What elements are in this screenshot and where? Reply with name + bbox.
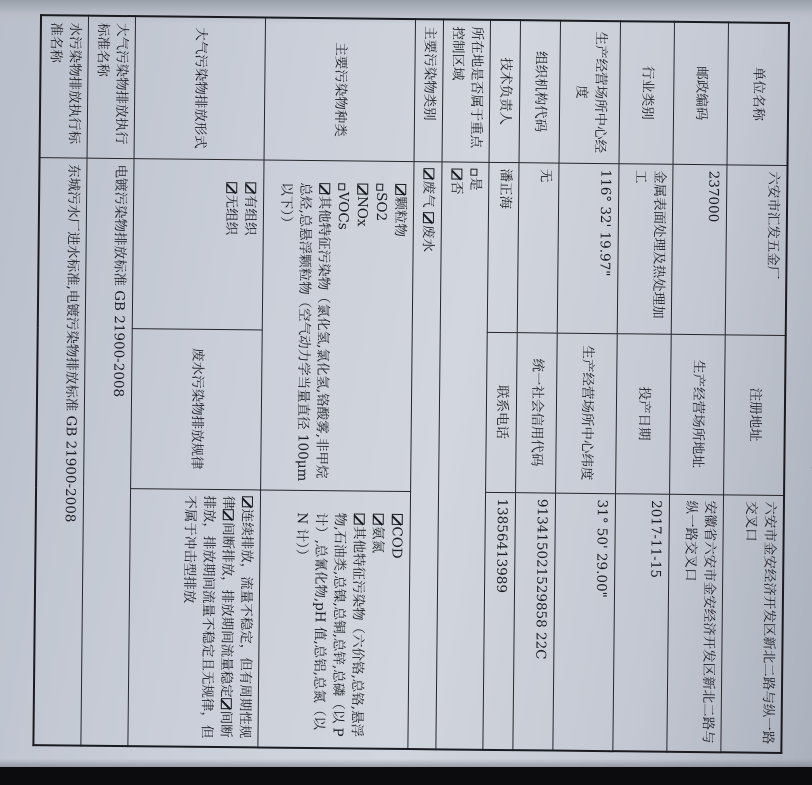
info-row: 邮政编码237000生产经营场所地址安徽省六安市金安经济开发区新北二路与纵一路交… [667,22,729,753]
field-label: 技术负责人 [490,20,521,162]
checked-box-icon [373,513,384,524]
option-water-other[interactable]: 其他特征污染物（六价铬,总铬,悬浮物,石油类,总镍,总铜,总锌,总磷（以 P 计… [290,496,369,741]
field-label: 组织机构代码 [520,20,561,162]
air-emission-form-label: 大气污染物排放形式 [135,16,266,159]
checkbox-icon [339,183,346,190]
pollutant-types-label: 主要污染物种类 [265,18,416,162]
option-waste-water[interactable]: 废水 [420,212,436,252]
checked-box-icon [242,496,253,507]
option-unorganized[interactable]: 无组织 [220,166,241,323]
field-value: 金属表面处理及热处理加工 [618,163,674,334]
water-standard-value: 东城污水厂进水标准,电镀污染物排放标准 GB 21900-2008 [34,157,88,745]
water-standard-label: 水污染物排放执行标准名称 [40,15,89,157]
checked-box-icon [227,182,238,193]
document-page: 表 1 排污单位基本信息表 单位名称六安市汇发五金厂注册地址六安市金安经济开发区… [12,14,790,752]
checked-box-icon [221,698,232,709]
option-air-other[interactable]: 其他特征污染物（氯化氢,氯化氢,铬酸雾,非甲烷总烃,总悬浮颗粒物（空气动力学当量… [274,166,334,484]
field-label: 统一社会信用代码 [516,332,558,492]
option-waste-gas[interactable]: 废气 [421,168,437,208]
desk-background [0,767,812,785]
checkbox-icon [377,183,384,190]
field-value: 913415021529858 22C [513,492,556,750]
info-row: 生产经营场所中心经度116° 32' 19.97"生产经营场所中心纬度31° 5… [553,21,621,752]
checked-box-icon [320,183,331,194]
water-emission-pattern-label: 废水污染物排放规律 [131,328,263,489]
field-label: 联系电话 [486,332,518,492]
option-vocs[interactable]: VOCs [331,167,353,484]
field-value: 安徽省六安市金安经济开发区新北二路与纵一路交叉口 [667,494,724,753]
field-value: 31° 50' 29.00" [553,493,616,752]
info-row: 组织机构代码无统一社会信用代码913415021529858 22C [513,20,561,750]
info-row: 行业类别金属表面处理及热处理加工投产日期2017-11-15 [613,21,675,752]
field-label: 邮政编码 [674,22,729,165]
water-emission-pattern-options: 连续排放，流量不稳定，但有周期性规律间断排放，排放期间流量稳定间断排放，排放期间… [128,488,261,747]
checked-box-icon [452,168,463,179]
field-value: 237000 [672,164,728,335]
field-label: 行业类别 [620,21,675,164]
option-organized[interactable]: 有组织 [239,166,260,323]
field-label: 投产日期 [616,333,672,494]
checked-box-icon [424,168,435,179]
pollutant-category-label: 主要污染物类别 [415,19,444,161]
water-pollutant-options: COD 氨氮 其他特征污染物（六价铬,总铬,悬浮物,石油类,总镍,总铜,总锌,总… [258,489,411,749]
option-intermittent-stable[interactable]: 间断排放，排放期间流量稳定 [218,509,236,698]
checked-box-icon [358,183,369,194]
basic-info-table: 单位名称六安市汇发五金厂注册地址六安市金安经济开发区新北二路与纵一路交叉口邮政编… [33,14,790,754]
checked-box-icon [423,212,434,223]
checked-box-icon [223,509,234,520]
option-particulate[interactable]: 颗粒物 [388,167,410,484]
checked-box-icon [246,182,257,193]
field-label: 生产经营场所中心纬度 [556,333,618,494]
info-row: 单位名称六安市汇发五金厂注册地址六安市金安经济开发区新北二路与纵一路交叉口 [721,22,789,753]
field-value: 六安市金安经济开发区新北二路与纵一路交叉口 [721,494,784,753]
field-label: 生产经营场所中心经度 [560,21,621,164]
field-value: 13856413989 [483,492,516,750]
option-so2[interactable]: SO2 [369,167,391,484]
pollutant-types-row: 主要污染物种类 颗粒物 SO2 NOx VOCs 其他特征污染物（氯化氢,氯化氢… [258,18,416,750]
table-title: 表 1 排污单位基本信息表 [805,22,812,752]
field-label: 单位名称 [728,22,789,165]
emission-form-row: 大气污染物排放形式 有组织 无组织 废水污染物排放规律 连续排放，流量不稳定，但… [128,16,266,747]
field-label: 生产经营场所地址 [670,334,726,495]
key-area-row: 所在地是否属于重点控制区域 是 否 [436,19,491,749]
field-value: 六安市汇发五金厂 [726,164,788,335]
field-value: 潘正海 [488,162,520,332]
air-emission-form-options: 有组织 无组织 [133,158,265,329]
air-standard-row: 大气污染物排放执行标准名称 电镀污染物排放标准 GB 21900-2008 [81,16,136,746]
water-standard-row: 水污染物排放执行标准名称 东城污水厂进水标准,电镀污染物排放标准 GB 2190… [34,15,89,745]
option-nox[interactable]: NOx [350,167,372,484]
key-area-label: 所在地是否属于重点控制区域 [443,19,491,161]
checked-box-icon [392,513,403,524]
checkbox-icon [471,168,478,175]
air-standard-label: 大气污染物排放执行标准名称 [88,16,136,158]
option-cod[interactable]: COD [385,497,407,742]
field-value: 116° 32' 19.97" [558,163,620,334]
field-value: 2017-11-15 [613,493,670,752]
field-value: 无 [518,162,560,332]
air-standard-value: 电镀污染物排放标准 GB 21900-2008 [81,158,134,746]
checked-box-icon [354,513,365,524]
air-pollutant-options: 颗粒物 SO2 NOx VOCs 其他特征污染物（氯化氢,氯化氢,铬酸雾,非甲烷… [261,160,414,492]
key-area-options: 是 否 [436,161,489,749]
checked-box-icon [396,183,407,194]
field-label: 注册地址 [724,334,786,495]
option-ammonia[interactable]: 氨氮 [366,497,388,742]
